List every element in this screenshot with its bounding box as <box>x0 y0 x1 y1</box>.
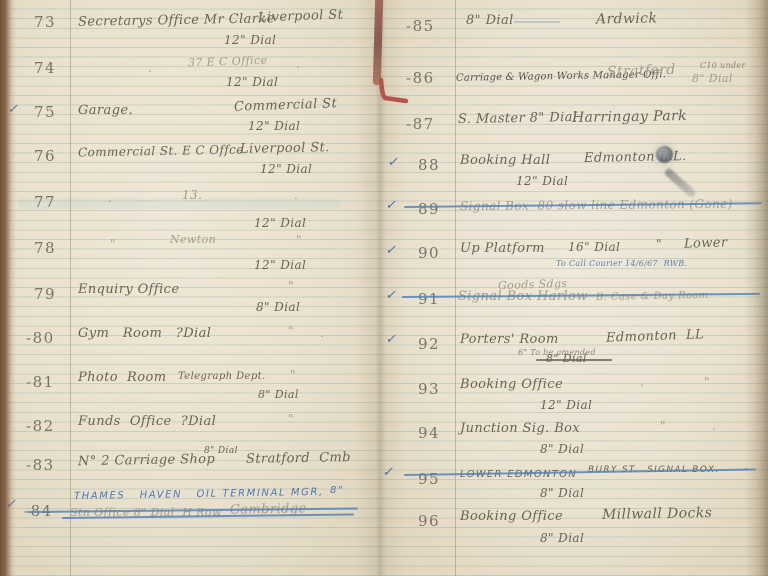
strike-line <box>404 468 756 476</box>
book-left-edge <box>0 0 16 576</box>
strike-line <box>404 202 762 208</box>
strike-line <box>514 21 560 23</box>
strike-layer <box>0 0 768 576</box>
page-stack-right-edge <box>744 0 768 576</box>
strike-line <box>62 513 354 519</box>
ledger-book: 73Secretarys Office Mr ClarkeLiverpool S… <box>0 0 768 576</box>
strike-line <box>28 508 358 513</box>
strike-line <box>536 359 612 361</box>
strike-line <box>402 293 760 298</box>
